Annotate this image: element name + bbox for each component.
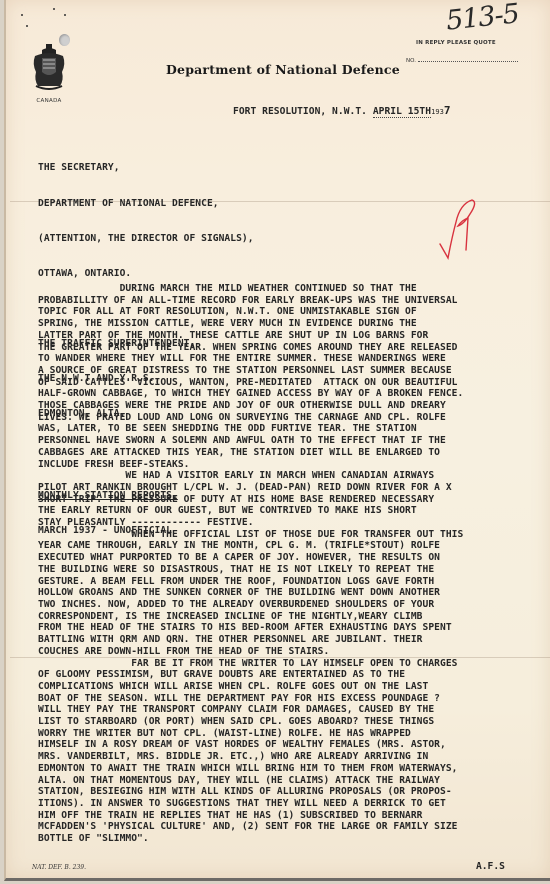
body-line: BOTTLE OF "SLIMMO". [38, 833, 463, 845]
form-number: NAT. DEF. B. 239. [32, 864, 86, 871]
body-line: HOLLOW GROANS AND THE SUNKEN CORNER OF T… [38, 587, 463, 599]
body-line: WE HAD A VISITOR EARLY IN MARCH WHEN CAN… [38, 470, 463, 482]
body-line: HIMSELF IN A ROSY DREAM OF VAST HORDES O… [38, 739, 463, 751]
recipient-1-line: THE SECRETARY, [38, 162, 254, 174]
dateline-place: FORT RESOLUTION, N.W.T. [233, 106, 367, 117]
typist-initials: A.F.S [476, 861, 505, 872]
paper-speck [21, 14, 23, 16]
paper-speck [53, 8, 55, 10]
body-line: MRS. VANDERBILT, MRS. BIDDLE JR. ETC.,) … [38, 751, 463, 763]
canada-coat-of-arms-icon [32, 44, 66, 92]
body-line: CABBAGES ARE ATTACKED THIS YEAR, THE STA… [38, 447, 463, 459]
recipient-1-line: OTTAWA, ONTARIO. [38, 268, 254, 280]
body-line: BOAT OF THE SEASON. WILL THE DEPARTMENT … [38, 693, 463, 705]
department-title: Department of National Defence [166, 62, 400, 77]
body-line: TWO INCHES. NOW, ADDED TO THE ALREADY OV… [38, 599, 463, 611]
body-line: INCLUDE FRESH BEEF-STEAKS. [38, 459, 463, 471]
body-line: OF GLOOMY PESSIMISM, BUT GRAVE DOUBTS AR… [38, 669, 463, 681]
body-line: ITIONS). IN ANSWER TO SUGGESTIONS THAT T… [38, 798, 463, 810]
body-line: COUCHES ARE DOWN-HILL FROM THE HEAD OF T… [38, 646, 463, 658]
body-line: COMPLICATIONS WHICH WILL ARISE WHEN CPL.… [38, 681, 463, 693]
body-line: WORRY THE WRITER BUT NOT CPL. (WAIST-LIN… [38, 728, 463, 740]
body-line: STATION, BESIEGING HIM WITH ALL KINDS OF… [38, 786, 463, 798]
body-line: SHORT TRIP. THE PRESSURE OF DUTY AT HIS … [38, 494, 463, 506]
dateline-year-suffix: 7 [444, 104, 451, 117]
body-line: THE GREATER PART OF THE YEAR. WHEN SPRIN… [38, 342, 463, 354]
body-line: THE BUILDING WERE SO DISASTROUS, THAT HE… [38, 564, 463, 576]
body-line: WHEN THE OFFICIAL LIST OF THOSE DUE FOR … [38, 529, 463, 541]
checkmark-icon [438, 192, 488, 267]
body-line: BATTLING WITH QRM AND QRN. THE OTHER PER… [38, 634, 463, 646]
paper-speck [64, 14, 66, 16]
handwritten-reference: 513-5 [445, 0, 521, 37]
body-line: HALF-GROWN CABBAGE, TO WHICH THEY GAINED… [38, 388, 463, 400]
body-line: WILL THEY PAY THE TRANSPORT COMPANY CLAI… [38, 704, 463, 716]
body-line: WAS, LATER, TO BE SEEN SHEDDING THE ODD … [38, 423, 463, 435]
body-line: A SOURCE OF GREAT DISTRESS TO THE STATIO… [38, 365, 463, 377]
paper-speck [26, 25, 28, 27]
body-line: FAR BE IT FROM THE WRITER TO LAY HIMSELF… [38, 658, 463, 670]
body-line: EXECUTED WHAT PURPORTED TO BE A CAPER OF… [38, 552, 463, 564]
body-line: STAY PLEASANTLY ------------ FESTIVE. [38, 517, 463, 529]
body-line: OF SAID CATTLES' VICIOUS, WANTON, PRE-ME… [38, 377, 463, 389]
dateline-year-prefix: 193 [431, 108, 444, 116]
dateline-date: APRIL 15TH [373, 106, 431, 118]
body-line: PERSONNEL HAVE SWORN A SOLEMN AND AWFUL … [38, 435, 463, 447]
body-line: PILOT ART RANKIN BROUGHT L/CPL W. J. (DE… [38, 482, 463, 494]
body-line: LIST TO STARBOARD (OR PORT) WHEN SAID CP… [38, 716, 463, 728]
body-line: DURING MARCH THE MILD WEATHER CONTINUED … [38, 283, 463, 295]
body-line: CORRESPONDENT, IS THE INCREASED INCLINE … [38, 611, 463, 623]
country-label: CANADA [32, 98, 66, 104]
body-line: MCFADDEN'S 'PHYSICAL CULTURE' AND, (2) S… [38, 821, 463, 833]
reference-number-blank [418, 61, 518, 62]
body-line: FROM THE HEAD OF THE STAIRS TO HIS BED-R… [38, 622, 463, 634]
body-line: LIVES. WE PRAYED LOUD AND LONG ON SURVEY… [38, 412, 463, 424]
body-line: YEAR CAME THROUGH, EARLY IN THE MONTH, C… [38, 540, 463, 552]
letter-body: DURING MARCH THE MILD WEATHER CONTINUED … [38, 283, 463, 845]
body-line: THOSE CABBAGES WERE THE PRIDE AND JOY OF… [38, 400, 463, 412]
body-line: ALTA. ON THAT MOMENTOUS DAY, THEY WILL (… [38, 775, 463, 787]
body-line: PROBABILLITY OF AN ALL-TIME RECORD FOR E… [38, 295, 463, 307]
body-line: LATTER PART OF THE MONTH. THESE CATTLE A… [38, 330, 463, 342]
body-line: GESTURE. A BEAM FELL FROM UNDER THE ROOF… [38, 576, 463, 588]
recipient-1-line: DEPARTMENT OF NATIONAL DEFENCE, [38, 198, 254, 210]
body-line: TOPIC FOR ALL AT FORT RESOLUTION, N.W.T.… [38, 306, 463, 318]
body-line: SPRING, THE MISSION CATTLE, WERE VERY MU… [38, 318, 463, 330]
reference-number-field: NO. [406, 58, 518, 64]
body-line: HIM OFF THE TRAIN HE REPLIES THAT HE HAS… [38, 810, 463, 822]
reference-number-label: NO. [406, 58, 416, 64]
body-line: TO WANDER WHERE THEY WILL FOR THE ENTIRE… [38, 353, 463, 365]
recipient-1-line: (ATTENTION, THE DIRECTOR OF SIGNALS), [38, 233, 254, 245]
reply-quote-label: IN REPLY PLEASE QUOTE [416, 40, 496, 46]
body-line: THE EARLY RETURN OF OUR GUEST, BUT WE CO… [38, 505, 463, 517]
letter-page: CANADA Department of National Defence 51… [4, 0, 550, 881]
dateline: FORT RESOLUTION, N.W.T. APRIL 15TH1937 [233, 105, 451, 118]
body-line: EDMONTON TO AWAIT THE TRAIN WHICH WILL B… [38, 763, 463, 775]
